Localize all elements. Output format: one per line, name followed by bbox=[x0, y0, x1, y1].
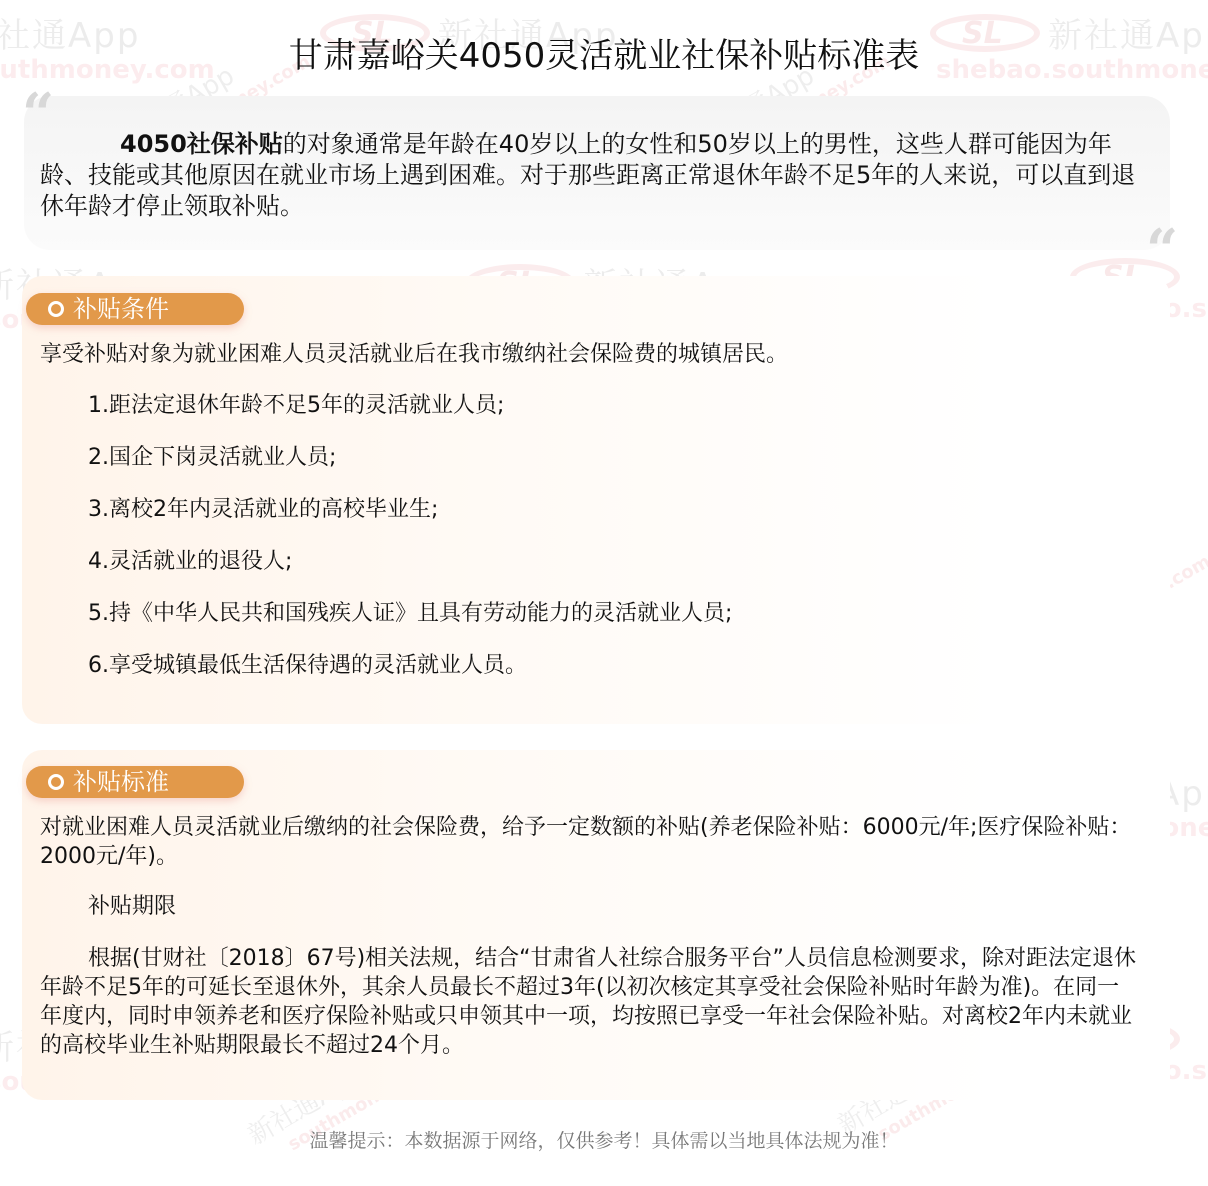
page-title: 甘肃嘉峪关4050灵活就业社保补贴标准表 bbox=[0, 28, 1208, 77]
ring-bullet-icon bbox=[48, 774, 64, 790]
section-heading-conditions: 补贴条件 bbox=[26, 293, 244, 325]
section-heading-standards: 补贴标准 bbox=[26, 766, 244, 798]
condition-item: 5.持《中华人民共和国残疾人证》且具有劳动能力的灵活就业人员; bbox=[88, 599, 1138, 628]
condition-item: 2.国企下岗灵活就业人员; bbox=[88, 443, 1138, 472]
footer-disclaimer: 温馨提示：本数据源于网络，仅供参考！具体需以当地具体法规为准！ bbox=[0, 1126, 1208, 1153]
condition-item: 3.离校2年内灵活就业的高校毕业生; bbox=[88, 495, 1138, 524]
section-heading-label: 补贴标准 bbox=[73, 767, 169, 797]
intro-bold-lead: 4050社保补贴 bbox=[120, 130, 283, 158]
standards-lead: 对就业困难人员灵活就业后缴纳的社会保险费，给予一定数额的补贴(养老保险补贴：60… bbox=[40, 813, 1140, 871]
condition-item: 6.享受城镇最低生活保待遇的灵活就业人员。 bbox=[88, 651, 1138, 680]
condition-item: 1.距法定退休年龄不足5年的灵活就业人员; bbox=[88, 391, 1138, 420]
intro-text: 4050社保补贴的对象通常是年龄在40岁以上的女性和50岁以上的男性，这些人群可… bbox=[40, 129, 1140, 222]
section-heading-label: 补贴条件 bbox=[73, 294, 169, 324]
period-body: 根据(甘财社〔2018〕67号)相关法规，结合“甘肃省人社综合服务平台”人员信息… bbox=[40, 944, 1140, 1060]
right-quote-icon: “ bbox=[1146, 222, 1178, 278]
ring-bullet-icon bbox=[48, 301, 64, 317]
condition-item: 4.灵活就业的退役人; bbox=[88, 547, 1138, 576]
period-subheading: 补贴期限 bbox=[88, 892, 1138, 921]
conditions-lead: 享受补贴对象为就业困难人员灵活就业后在我市缴纳社会保险费的城镇居民。 bbox=[40, 340, 1140, 369]
